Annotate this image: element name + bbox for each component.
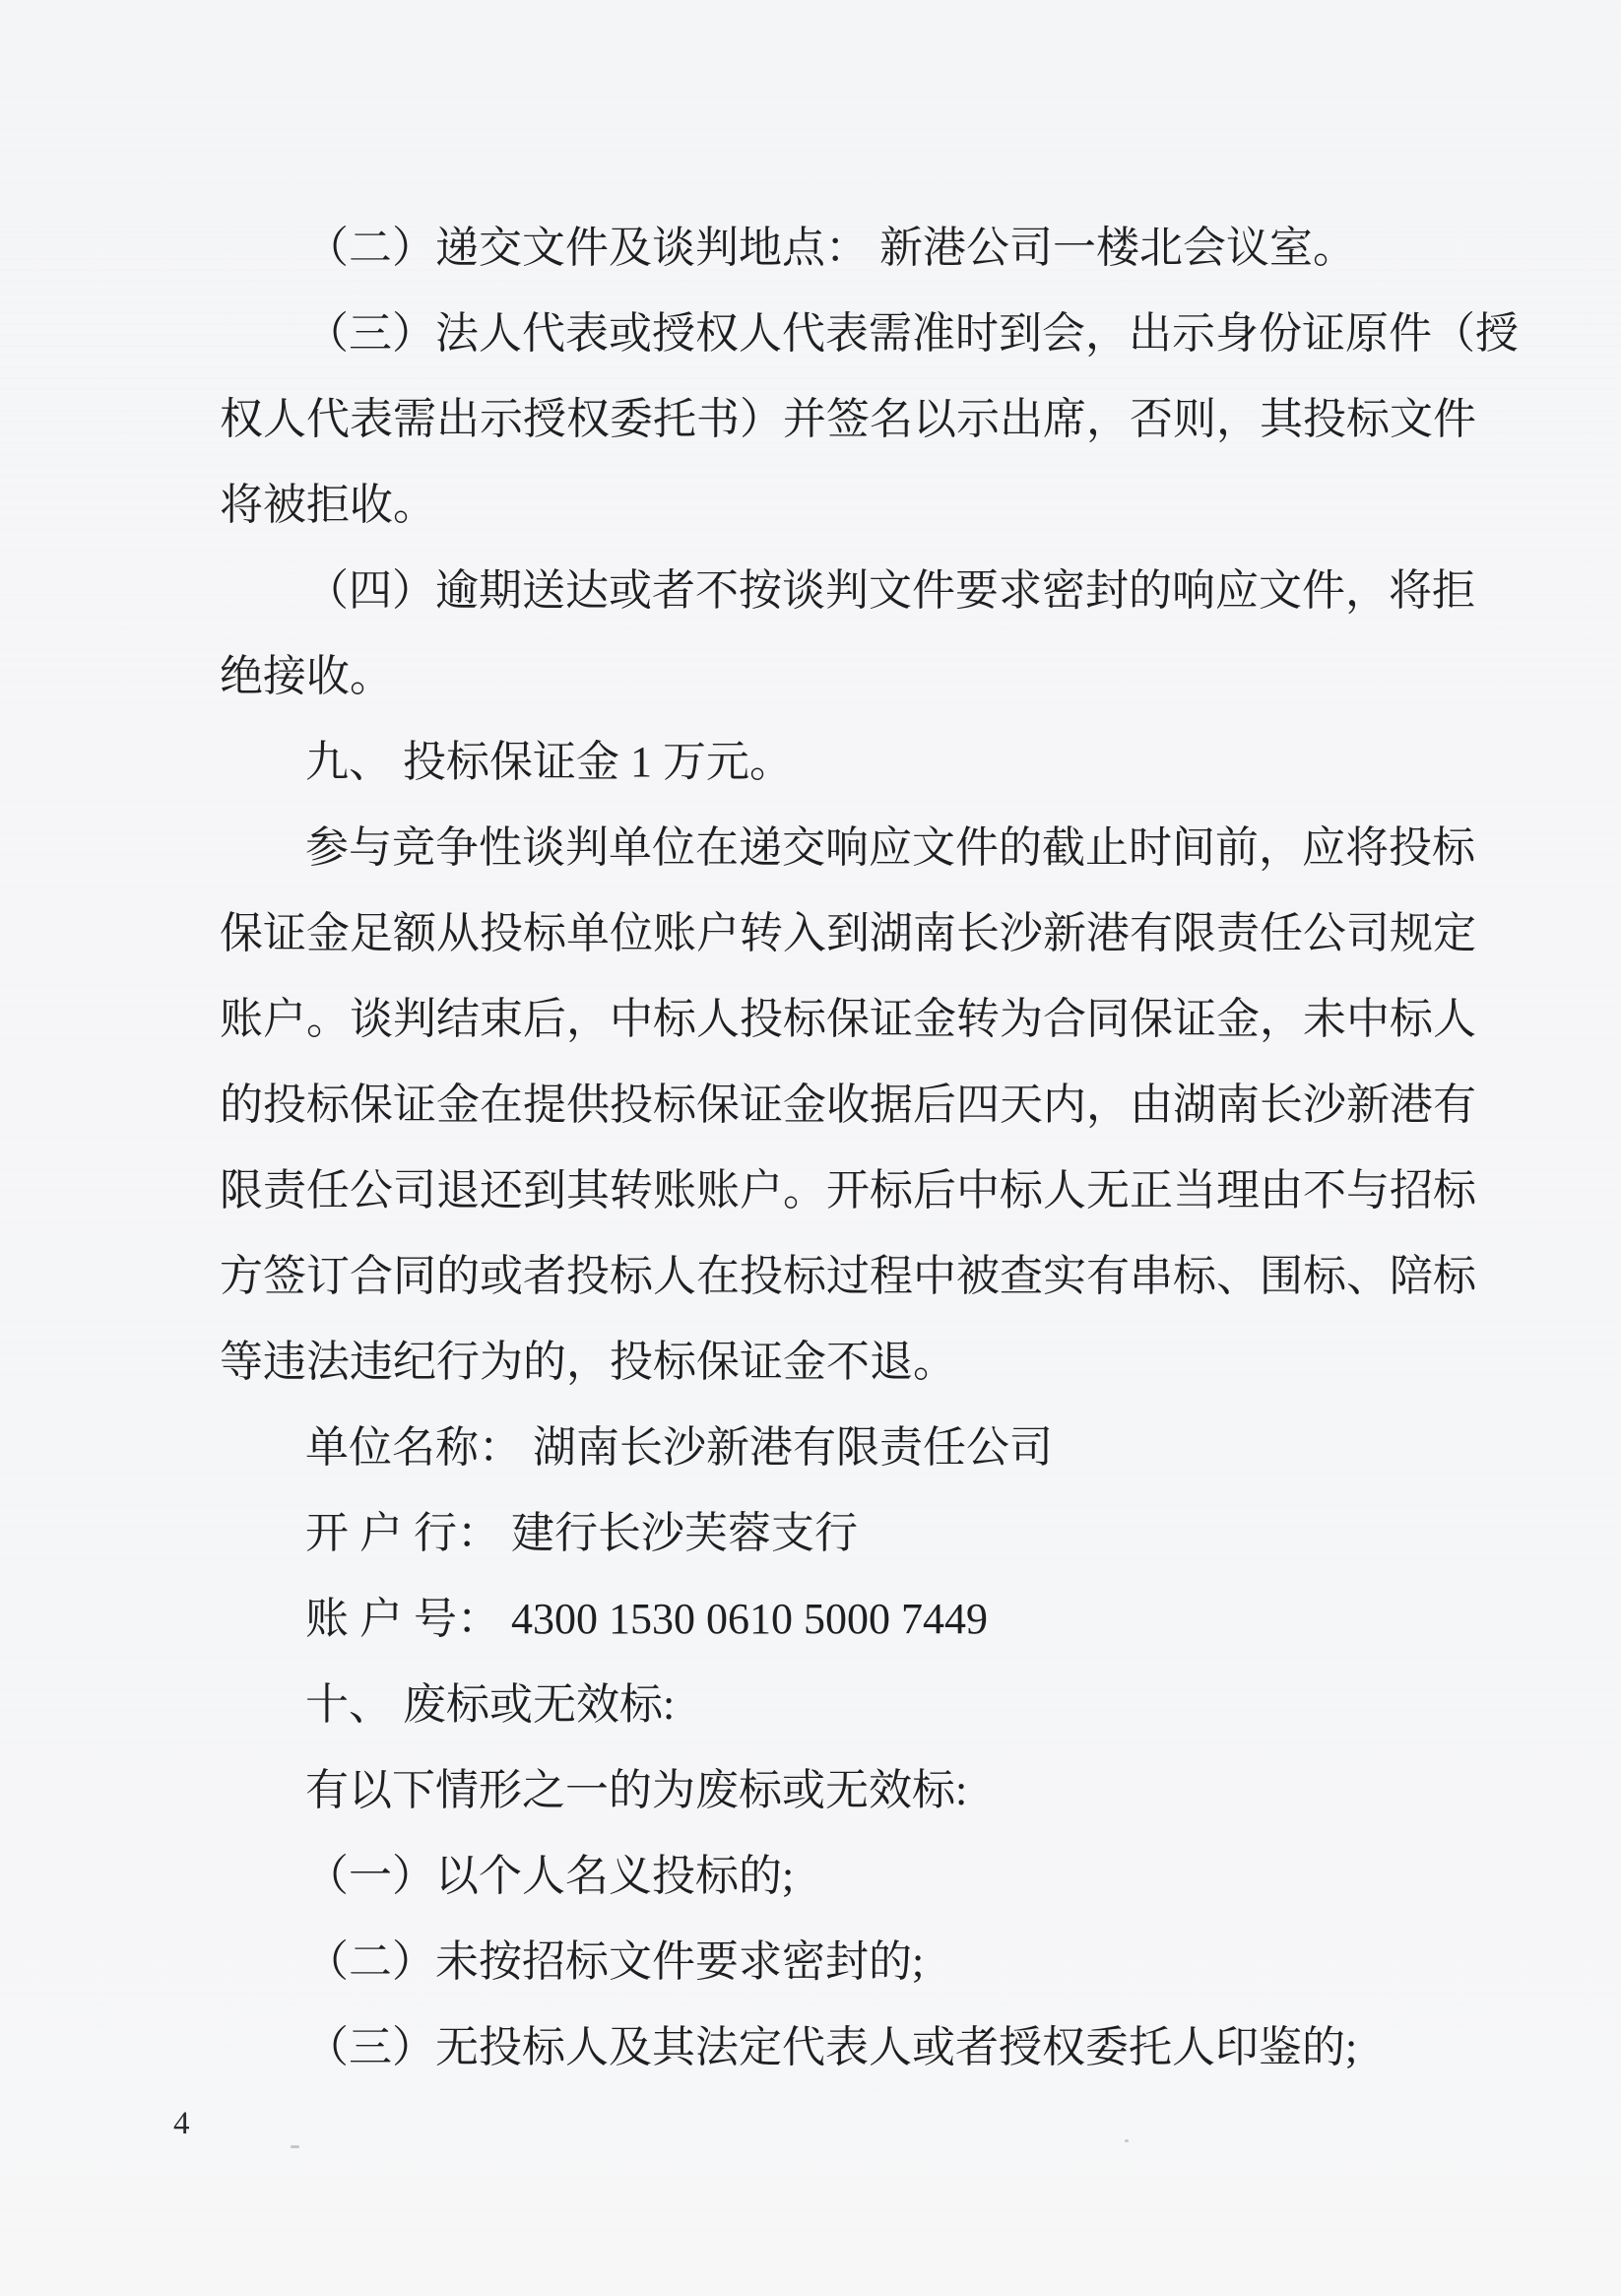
- document-body: （二）递交文件及谈判地点： 新港公司一楼北会议室。（三）法人代表或授权人代表需准…: [220, 205, 1490, 2090]
- text-line: 开 户 行： 建行长沙芙蓉支行: [220, 1490, 1490, 1576]
- text-line: 十、 废标或无效标:: [220, 1662, 1490, 1747]
- text-line: 权人代表需出示授权委托书）并签名以示出席，否则，其投标文件: [220, 376, 1490, 462]
- text-line: 账 户 号： 4300 1530 0610 5000 7449: [220, 1576, 1490, 1662]
- scanned-document-page: （二）递交文件及谈判地点： 新港公司一楼北会议室。（三）法人代表或授权人代表需准…: [0, 0, 1621, 2296]
- text-line: （三）无投标人及其法定代表人或者授权委托人印鉴的;: [220, 2004, 1490, 2090]
- text-line: （一）以个人名义投标的;: [220, 1833, 1490, 1919]
- text-line: 限责任公司退还到其转账账户。开标后中标人无正当理由不与招标: [220, 1148, 1490, 1233]
- scan-speck: [1125, 2139, 1129, 2142]
- text-line: 有以下情形之一的为废标或无效标:: [220, 1747, 1490, 1833]
- text-line: （三）法人代表或授权人代表需准时到会，出示身份证原件（授: [220, 291, 1490, 376]
- text-line: 账户。谈判结束后，中标人投标保证金转为合同保证金，未中标人: [220, 976, 1490, 1062]
- text-line: 九、 投标保证金 1 万元。: [220, 719, 1490, 805]
- text-line: 保证金足额从投标单位账户转入到湖南长沙新港有限责任公司规定: [220, 890, 1490, 976]
- text-line: 将被拒收。: [220, 462, 1490, 548]
- text-line: 绝接收。: [220, 633, 1490, 719]
- scan-speck: [291, 2145, 299, 2148]
- text-line: （二）未按招标文件要求密封的;: [220, 1919, 1490, 2004]
- text-line: 单位名称： 湖南长沙新港有限责任公司: [220, 1405, 1490, 1490]
- page-number: 4: [173, 2108, 190, 2140]
- text-line: 参与竞争性谈判单位在递交响应文件的截止时间前，应将投标: [220, 805, 1490, 890]
- text-line: 等违法违纪行为的，投标保证金不退。: [220, 1319, 1490, 1405]
- text-line: （四）逾期送达或者不按谈判文件要求密封的响应文件，将拒: [220, 548, 1490, 633]
- text-line: （二）递交文件及谈判地点： 新港公司一楼北会议室。: [220, 205, 1490, 291]
- text-line: 的投标保证金在提供投标保证金收据后四天内，由湖南长沙新港有: [220, 1062, 1490, 1148]
- text-line: 方签订合同的或者投标人在投标过程中被查实有串标、围标、陪标: [220, 1233, 1490, 1319]
